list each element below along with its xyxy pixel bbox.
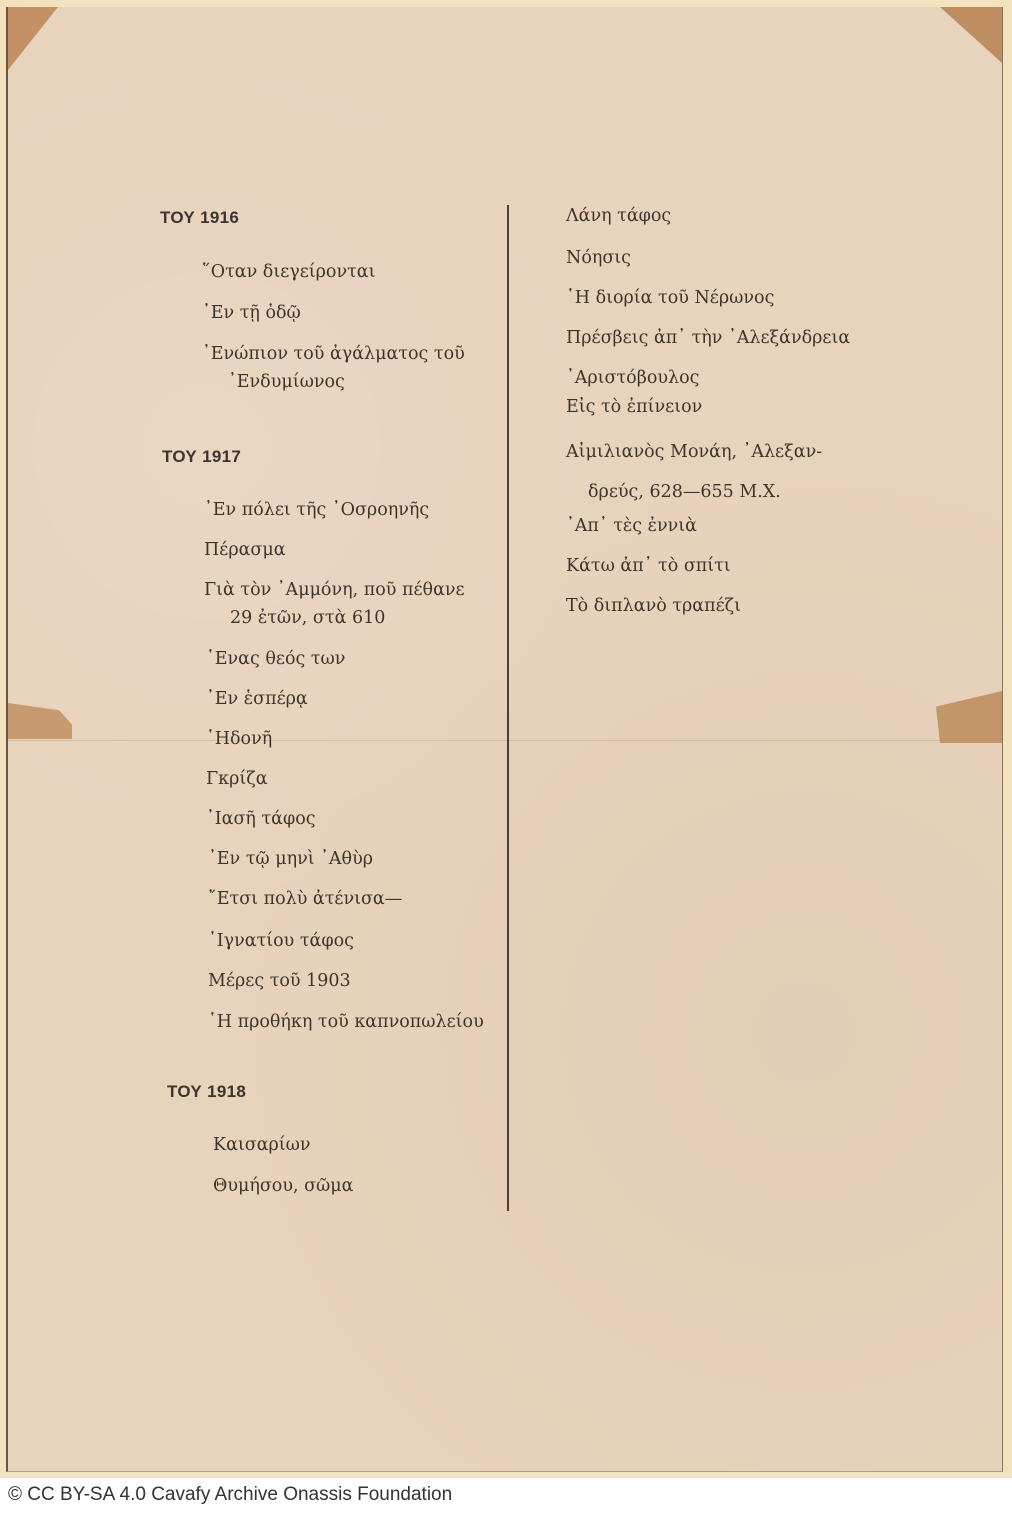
tape-corner-top-left [8, 7, 58, 70]
tape-corner-top-right [940, 7, 1002, 63]
poem-title: ῾Ηδονῆ [206, 725, 272, 753]
poem-title: Γιὰ τὸν ᾿Αμμόνη, ποῦ πέθανε29 ἐτῶν, στὰ … [204, 576, 465, 632]
poem-title: Θυμήσου, σῶμα [213, 1172, 354, 1200]
poem-title: Γκρίζα [206, 765, 268, 793]
column-divider [507, 205, 509, 1211]
poem-title: Λάνη τάφος [566, 202, 671, 230]
poem-title: Μέρες τοῦ 1903 [208, 967, 351, 995]
poem-title: ᾿Εν τῷ μηνὶ ᾿Αθὺρ [208, 845, 373, 873]
poem-title: ᾿Εν ἑσπέρᾳ [206, 685, 308, 713]
poem-title: Πέρασμα [204, 536, 286, 564]
poem-title: ᾿Ενώπιον τοῦ ἀγάλματος τοῦ᾿Ενδυμίωνος [202, 340, 465, 396]
section-year-heading: ΤΟΥ 1917 [162, 447, 241, 467]
fold-line [8, 740, 1002, 741]
poem-title: ᾿Απ᾿ τὲς ἐννιὰ [566, 512, 697, 540]
poem-title: ᾿Εν πόλει τῆς ᾿Οσροηνῆς [204, 496, 429, 524]
poem-title: Τὸ διπλανὸ τραπέζι [566, 592, 741, 620]
poem-title: ᾿Εν τῇ ὁδῷ [202, 299, 301, 327]
poem-title: ᾿Αριστόβουλος [566, 364, 699, 392]
poem-title: Αἰμιλιανὸς Μονάη, ᾿Αλεξαν-δρεύς, 628—655… [566, 432, 822, 512]
section-year-heading: ΤΟΥ 1916 [160, 208, 239, 228]
poem-title: ᾿Ιγνατίου τάφος [208, 927, 354, 955]
poem-title: Πρέσβεις ἀπ᾿ τὴν ᾿Αλεξάνδρεια [566, 324, 850, 352]
poem-title: ῾Ενας θεός των [206, 645, 345, 673]
document-page: ΤΟΥ 1916 ῞Οταν διεγείρονται ᾿Εν τῇ ὁδῷ ᾿… [6, 7, 1003, 1472]
poem-title: Κάτω ἀπ᾿ τὸ σπίτι [566, 552, 731, 580]
poem-title: Εἰς τὸ ἐπίνειον [566, 393, 702, 421]
poem-title: ᾿Ιασῆ τάφος [206, 805, 316, 833]
poem-title: ῞Οταν διεγείρονται [202, 258, 375, 286]
section-year-heading: ΤΟΥ 1918 [167, 1082, 246, 1102]
poem-title: ῾Η διορία τοῦ Νέρωνος [566, 284, 774, 312]
poem-title: ῾Η προθήκη τοῦ καπνοπωλείου [208, 1008, 484, 1036]
tape-mid-right [936, 691, 1002, 743]
poem-title: Νόησις [566, 244, 631, 272]
poem-title: ῎Ετσι πολὺ ἀτένισα— [208, 885, 402, 913]
tape-mid-left [8, 703, 72, 739]
poem-title: Καισαρίων [213, 1131, 311, 1159]
copyright-credit: © CC BY-SA 4.0 Cavafy Archive Onassis Fo… [8, 1484, 452, 1506]
